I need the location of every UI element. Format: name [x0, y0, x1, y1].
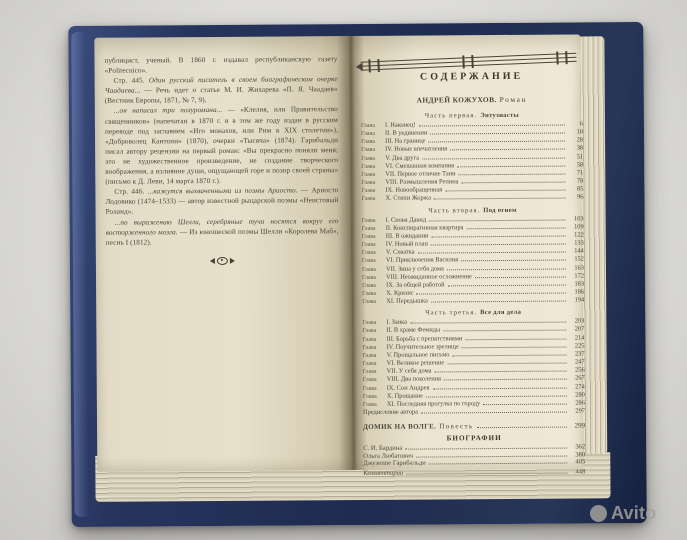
page-number: 237 — [570, 350, 585, 357]
page-number: 299 — [570, 422, 585, 431]
chapter-title: I. Наконец! — [385, 122, 416, 129]
chapter-title: II. Конспиративная квартира — [386, 224, 464, 232]
chapter-title: VI. Приключения Василия — [386, 257, 458, 265]
leader-dots — [462, 346, 567, 348]
chapter-title: IV. Новые впечатления — [385, 146, 447, 154]
chapter-prefix: Глава — [362, 320, 386, 327]
leader-dots — [457, 165, 565, 167]
chapter-title: I. Заика — [386, 319, 407, 326]
leader-dots — [428, 141, 565, 143]
leader-dots — [419, 125, 565, 127]
chapter-prefix: Глава — [361, 155, 385, 162]
page-number: 203 — [569, 318, 584, 325]
chapter-title: IX. Сон Андрея — [387, 384, 430, 391]
headpiece-bars-icon — [462, 55, 474, 68]
page-number: 163 — [569, 264, 584, 271]
bio-title: Джузеппе Гарибальди — [363, 460, 425, 468]
avito-logo-icon — [590, 505, 607, 522]
chapter-title: VI. Смешанная компания — [385, 162, 454, 170]
leader-dots — [447, 268, 566, 270]
chapter-title: VIII. Размышления Репина — [385, 178, 458, 186]
page-number: 18 — [568, 129, 583, 136]
leader-dots — [475, 276, 566, 278]
chapter-title: X. Стихи Жоржа — [385, 195, 431, 202]
page-number: 256 — [570, 367, 585, 374]
chapter-title: I. Снова Давид — [386, 216, 427, 223]
left-arrow-icon — [210, 258, 215, 264]
leader-dots — [448, 284, 566, 286]
chapter-prefix: Глава — [361, 139, 385, 146]
leader-dots — [430, 133, 565, 135]
page-number: 78 — [568, 178, 583, 185]
part-name: Под огнем — [483, 206, 516, 213]
chapter-prefix: Глава — [362, 250, 386, 257]
toc-row: ГлаваXI. Передышка194 — [362, 297, 584, 307]
bio-row: Джузеппе Гарибальди405 — [363, 459, 585, 468]
text-run: публицист, ученый. В 1860 г. издавал рес… — [104, 55, 337, 75]
leader-dots — [450, 149, 565, 151]
chapter-prefix: Глава — [362, 242, 386, 249]
leader-dots — [432, 387, 566, 389]
chapter-title: XI. Передышка — [386, 298, 428, 305]
page-number: 28 — [568, 137, 583, 144]
comments-row: Комментарии 448 — [363, 468, 585, 477]
chapter-title: IV. Поучительное зрелище — [386, 343, 458, 351]
page-number: 207 — [569, 326, 584, 333]
chapter-title: VII. Зина у себя дома — [386, 265, 444, 273]
chapter-prefix: Глава — [362, 299, 386, 306]
page-number: 144 — [569, 248, 584, 255]
part-label: Часть вторая. — [428, 207, 480, 214]
page-number: 122 — [569, 231, 584, 238]
page-number: 51 — [568, 153, 583, 160]
part-name: Энтузиасты — [480, 112, 519, 119]
leader-dots — [465, 338, 566, 340]
headpiece-bars-icon — [556, 51, 568, 64]
chapter-prefix: Глава — [362, 226, 386, 233]
chapter-title: XI. Последняя прогулка по городу — [387, 400, 480, 408]
page-number: 225 — [569, 342, 584, 349]
page-number: 267 — [570, 375, 585, 382]
commentary-paragraph: Стр. 445. Один русский писатель в своем … — [105, 74, 338, 106]
chapter-prefix: Глава — [363, 369, 387, 376]
novel-title: АНДРЕЙ КОЖУХОВ. — [417, 95, 497, 105]
novel-title-line: АНДРЕЙ КОЖУХОВ.Роман — [361, 94, 583, 105]
contents-title: СОДЕРЖАНИЕ — [361, 70, 583, 83]
chapter-prefix: Глава — [361, 188, 385, 195]
leader-dots — [426, 395, 567, 397]
chapter-title: II. В храме Фемиды — [386, 327, 440, 335]
text-run: Стр. 446. — [114, 188, 147, 196]
chapter-prefix: Глава — [363, 393, 387, 400]
chapter-title: III. В ожидании — [386, 232, 429, 239]
part-header: Часть первая.Энтузиасты — [361, 111, 583, 120]
leader-dots — [483, 403, 567, 405]
chapter-prefix: Глава — [361, 172, 385, 179]
page-number: 133 — [569, 239, 584, 246]
chapter-title: III. На границе — [385, 138, 425, 145]
avito-watermark-label: Avito — [611, 503, 656, 524]
leader-dots — [445, 190, 565, 192]
leader-dots — [461, 182, 565, 184]
leader-dots — [466, 227, 565, 229]
biography-rows: С. И. Бардина362Ольга Любатович380Джузеп… — [363, 444, 585, 468]
chapter-title: III. Борьба с препятствиями — [386, 335, 462, 343]
chapter-prefix: Глава — [361, 131, 385, 138]
chapter-prefix: Глава — [361, 180, 385, 187]
chapter-title: VII. У себя дома — [387, 368, 432, 375]
biographies-header: БИОГРАФИИ — [363, 434, 585, 444]
leader-dots — [461, 260, 566, 262]
text-run: — Речь идет о статье М. И. Жихарева «П. … — [105, 85, 338, 105]
commentary-paragraph: Стр. 446. ...кажутся выхваченными из поэ… — [105, 185, 338, 217]
book-photo: публицист, ученый. В 1860 г. издавал рес… — [0, 0, 687, 540]
leader-dots — [452, 354, 566, 356]
toc-row: ГлаваX. Стихи Жоржа96 — [361, 194, 583, 204]
part-label: Часть третья. — [425, 309, 477, 316]
eye-ornament-icon — [217, 257, 228, 265]
chapter-title: X. Прощание — [387, 392, 423, 399]
leader-dots — [447, 363, 566, 365]
page-number: 85 — [568, 186, 583, 193]
chapter-prefix: Глава — [361, 196, 385, 203]
commentary-paragraph: ...по выражению Шелли, серебряные тучи н… — [106, 216, 339, 248]
page-number: 448 — [570, 468, 585, 476]
preface-title: Предисловие автора — [363, 409, 418, 417]
leader-dots — [443, 330, 566, 332]
leader-dots — [406, 472, 567, 474]
commentary-text-block: публицист, ученый. В 1860 г. издавал рес… — [104, 54, 338, 247]
leader-dots — [444, 379, 567, 381]
page-number: 247 — [570, 358, 585, 365]
section-end-ornament — [106, 250, 339, 270]
page-number: 280 — [570, 391, 585, 398]
leader-dots — [418, 252, 566, 254]
avito-watermark: Avito — [590, 503, 656, 524]
page-number: 297 — [570, 407, 585, 414]
page-number: 38 — [568, 145, 583, 152]
chapter-prefix: Глава — [361, 147, 385, 154]
leader-dots — [459, 173, 566, 175]
leader-dots — [431, 301, 566, 303]
page-number: 103 — [569, 215, 584, 222]
page-number: 152 — [569, 256, 584, 263]
ornament-glyphs — [210, 257, 235, 265]
chapter-prefix: Глава — [362, 274, 386, 281]
chapter-title: V. Два друга — [385, 154, 419, 161]
text-run: Стр. 445. — [114, 77, 149, 85]
page-number: 71 — [568, 169, 583, 176]
chapter-prefix: Глава — [362, 234, 386, 241]
chapter-prefix: Глава — [363, 385, 387, 392]
leader-dots — [410, 322, 566, 324]
leader-dots — [421, 412, 567, 414]
leader-dots — [477, 427, 567, 429]
page-number: 172 — [569, 272, 584, 279]
open-book: публицист, ученый. В 1860 г. издавал рес… — [68, 22, 646, 527]
italic-run: ...кажутся выхваченными из поэмы Ариосто… — [148, 187, 298, 196]
chapter-prefix: Глава — [363, 377, 387, 384]
part-name: Все для дела — [480, 309, 521, 316]
chapter-title: IX. Новообращенная — [385, 187, 442, 195]
chapter-prefix: Глава — [362, 336, 386, 343]
italic-run: ...он написал три полуромана... — [114, 106, 223, 115]
commentary-paragraph: ...он написал три полуромана... — «Клели… — [105, 105, 339, 187]
chapter-title: V. Схватка — [386, 249, 415, 256]
commentary-paragraph: публицист, ученый. В 1860 г. издавал рес… — [104, 54, 337, 76]
novella-title: ДОМИК НА ВОЛГЕ. — [363, 423, 436, 433]
page-number: 380 — [570, 451, 585, 459]
novel-genre: Роман — [500, 95, 527, 104]
text-run: — «Клелия, или Правительство священников… — [105, 106, 338, 186]
chapter-prefix: Глава — [363, 353, 387, 360]
chapter-title: VIII. Два поколения — [387, 376, 441, 384]
chapter-title: IX. За общей работой — [386, 281, 445, 289]
chapter-title: X. Кризис — [386, 290, 414, 297]
page-number: 6 — [568, 120, 583, 127]
chapter-title: VIII. Неожиданное осложнение — [386, 273, 472, 281]
page-number: 214 — [569, 334, 584, 341]
novella-row: ДОМИК НА ВОЛГЕ. Повесть 299 — [363, 422, 585, 433]
page-number: 194 — [569, 297, 584, 304]
chapter-prefix: Глава — [362, 328, 386, 335]
leader-dots — [417, 293, 567, 295]
leader-dots — [416, 455, 567, 457]
leader-dots — [429, 219, 566, 221]
novella-genre: Повесть — [439, 422, 473, 431]
page-number: 183 — [569, 280, 584, 287]
leader-dots — [431, 235, 565, 237]
page-number: 96 — [568, 194, 583, 201]
chapter-prefix: Глава — [362, 266, 386, 273]
chapter-title: IV. Новый план — [386, 241, 428, 248]
chapter-prefix: Глава — [361, 164, 385, 171]
leader-dots — [434, 371, 566, 373]
leader-dots — [429, 463, 568, 465]
leader-dots — [405, 448, 567, 450]
chapter-prefix: Глава — [362, 291, 386, 298]
part-header: Часть третья.Все для дела — [362, 309, 584, 318]
leader-dots — [422, 157, 565, 159]
part-header: Часть вторая.Под огнем — [362, 206, 584, 215]
page-number: 186 — [569, 288, 584, 295]
page-number: 109 — [569, 223, 584, 230]
comments-title: Комментарии — [363, 470, 403, 478]
leader-dots — [434, 198, 566, 200]
chapter-title: V. Прощальное письмо — [387, 351, 450, 359]
leader-dots — [431, 244, 566, 246]
page-number: 362 — [570, 444, 585, 452]
chapter-title: II. В уединении — [385, 130, 427, 137]
right-arrow-icon — [230, 258, 235, 264]
table-of-contents: СОДЕРЖАНИЕ АНДРЕЙ КОЖУХОВ.Роман Часть пе… — [361, 70, 586, 477]
page-number: 286 — [570, 399, 585, 406]
chapter-prefix: Глава — [362, 217, 386, 224]
headpiece-bars-icon — [368, 59, 380, 72]
chapter-title: VI. Великое решение — [387, 359, 445, 367]
part-label: Часть первая. — [425, 112, 477, 119]
chapter-prefix: Глава — [362, 283, 386, 290]
preface-row: Предисловие автора 297 — [363, 407, 585, 416]
chapter-title: VII. Первое отличие Тани — [385, 170, 455, 178]
chapter-prefix: Глава — [362, 345, 386, 352]
page-number: 274 — [570, 383, 585, 390]
page-number: 405 — [570, 459, 585, 467]
chapter-prefix: Глава — [363, 361, 387, 368]
headpiece-arrow-icon — [355, 63, 362, 71]
toc-parts: Часть первая.ЭнтузиастыГлаваI. Наконец!6… — [361, 111, 585, 409]
page-number: 58 — [568, 161, 583, 168]
chapter-prefix: Глава — [362, 258, 386, 265]
chapter-prefix: Глава — [361, 123, 385, 130]
